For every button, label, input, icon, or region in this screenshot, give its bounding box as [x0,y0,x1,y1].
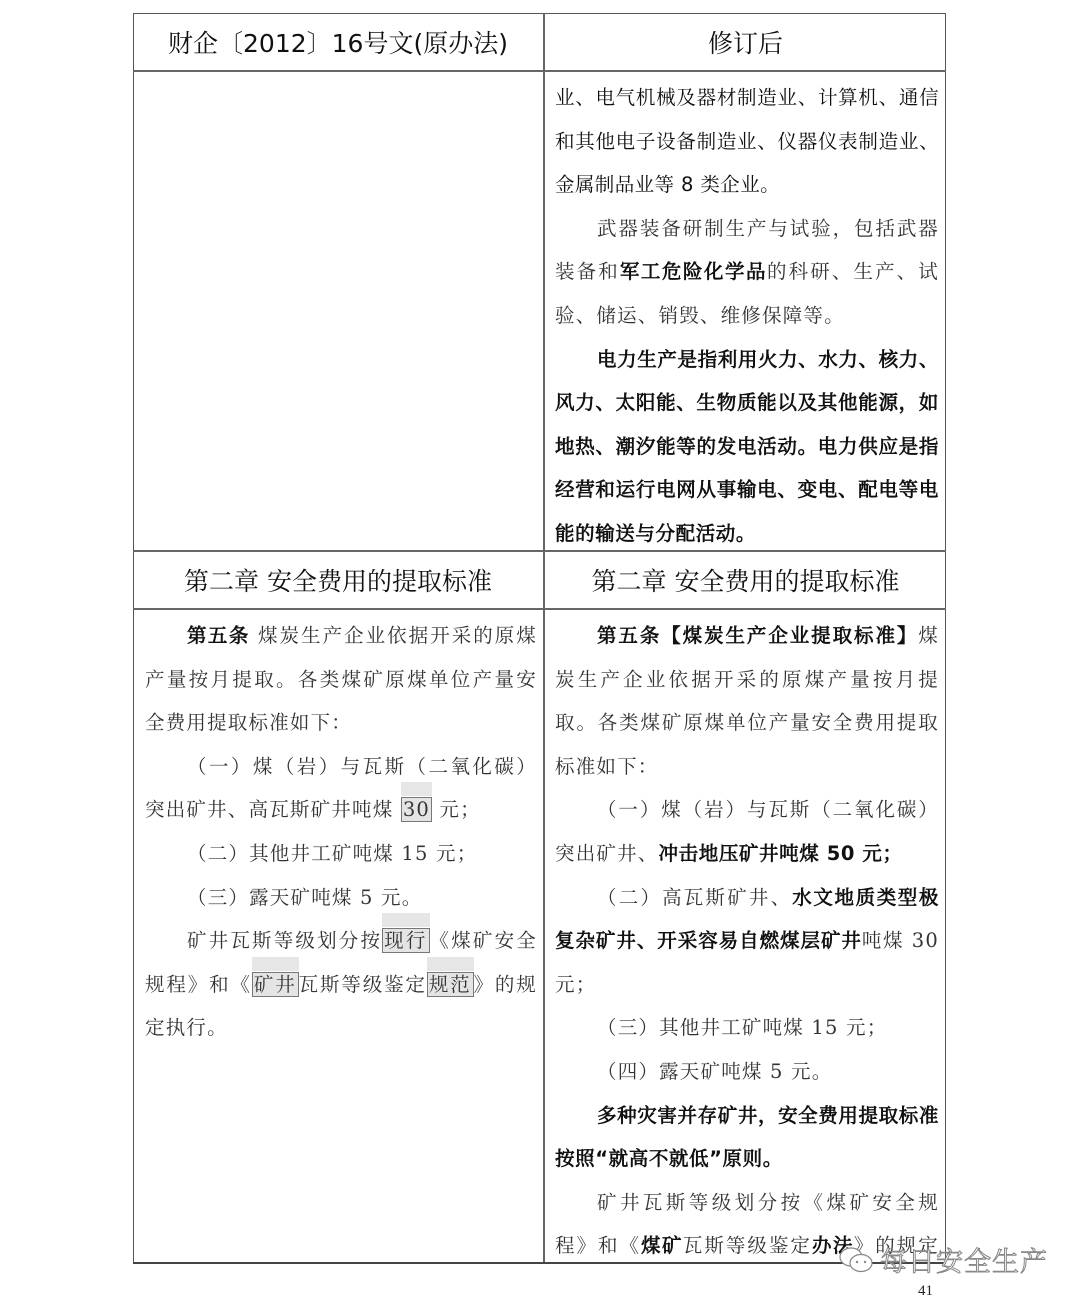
weapons-definition: 武器装备研制生产与试验，包括武器装备和军工危险化学品的科研、生产、试验、储运、销… [555,207,939,338]
article-title: 第五条 [187,624,250,647]
item-2: （二）其他井工矿吨煤 15 元； [145,832,537,876]
chapter-heading-revised: 第二章 安全费用的提取标准 [545,552,946,608]
revised-industry-definitions: 业、电气机械及器材制造业、计算机、通信和其他电子设备制造业、仪器仪表制造业、金属… [555,76,939,556]
page-number: 41 [918,1283,933,1300]
chapter-heading-original: 第二章 安全费用的提取标准 [133,552,543,608]
highlight-text: 冲击地压矿井吨煤 50 元； [659,842,903,865]
item-3: （三）露天矿吨煤 5 元。 [145,876,537,920]
highlight-text: 军工危险化学品 [620,260,767,283]
watermark: 每日安全生产 [838,1240,1048,1279]
item-2: （二）高瓦斯矿井、水文地质类型极复杂矿井、开采容易自燃煤层矿井吨煤 30 元； [555,876,939,1007]
header-original-measures: 财企〔2012〕16号文(原办法) [133,14,543,70]
changed-mark: 规范 [427,972,474,997]
article-intro: 第五条【煤炭生产企业提取标准】煤炭生产企业依据开采的原煤产量按月提取。各类煤矿原… [555,614,939,788]
article-title: 第五条【煤炭生产企业提取标准】 [597,624,918,647]
text-span: 瓦斯等级鉴定 [683,1234,812,1257]
changed-mark: 30 [401,797,432,822]
watermark-text: 每日安全生产 [880,1240,1048,1279]
highlight-text: 煤矿 [641,1234,683,1257]
text-span: 元； [432,798,481,821]
wechat-icon [838,1246,874,1274]
text-span: 矿井瓦斯等级划分按 [187,929,382,952]
item-4: （四）露天矿吨煤 5 元。 [555,1050,939,1094]
row-divider [133,70,946,72]
changed-mark: 矿井 [252,972,299,997]
revised-article-5: 第五条【煤炭生产企业提取标准】煤炭生产企业依据开采的原煤产量按月提取。各类煤矿原… [555,614,939,1260]
text-span: 煤炭生产企业依据开采的原煤产量按月提取。各类煤矿原煤单位产量安全费用提取标准如下… [555,624,939,778]
article-intro: 第五条 煤炭生产企业依据开采的原煤产量按月提取。各类煤矿原煤单位产量安全费用提取… [145,614,537,745]
item-3: （三）其他井工矿吨煤 15 元； [555,1006,939,1050]
text-span: （二）高瓦斯矿井、 [597,886,792,909]
changed-mark: 现行 [382,928,429,953]
header-revised: 修订后 [545,14,946,70]
table-bottom-border [133,1262,946,1264]
power-definition: 电力生产是指利用火力、水力、核力、风力、太阳能、生物质能以及其他能源，如地热、潮… [555,338,939,556]
item-1: （一）煤（岩）与瓦斯（二氧化碳）突出矿井、冲击地压矿井吨煤 50 元； [555,788,939,875]
column-divider [543,13,545,1263]
row-divider [133,608,946,610]
original-article-5: 第五条 煤炭生产企业依据开采的原煤产量按月提取。各类煤矿原煤单位产量安全费用提取… [145,614,537,1050]
multi-hazard-rule: 多种灾害并存矿井，安全费用提取标准按照“就高不就低”原则。 [555,1094,939,1181]
industry-list-text: 业、电气机械及器材制造业、计算机、通信和其他电子设备制造业、仪器仪表制造业、金属… [555,76,939,207]
gas-grade-rule: 矿井瓦斯等级划分按现行《煤矿安全规程》和《矿井瓦斯等级鉴定规范》的规定执行。 [145,919,537,1050]
text-span: 瓦斯等级鉴定 [299,973,427,996]
item-1: （一）煤（岩）与瓦斯（二氧化碳）突出矿井、高瓦斯矿井吨煤 30 元； [145,745,537,832]
